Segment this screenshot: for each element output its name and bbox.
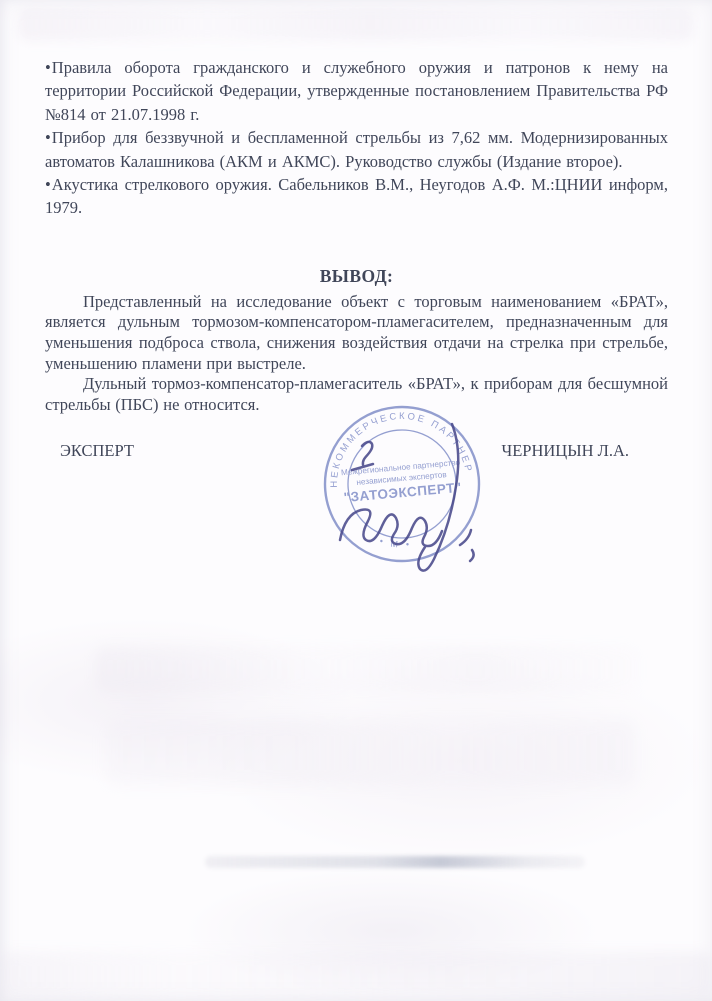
bleedthrough-smudge-bottom: [0, 952, 712, 1001]
stamp: НЕКОММЕРЧЕСКОЕ ПАРТНЕРСТВО ОГРН 106 1990…: [300, 393, 500, 593]
reference-text: Правила оборота гражданского и служебног…: [45, 58, 668, 124]
reference-item: •Акустика стрелкового оружия. Сабельнико…: [45, 173, 668, 220]
bullet-icon: •: [45, 128, 52, 147]
bleedthrough-smudge-middle-2: [105, 720, 635, 786]
reference-text: Акустика стрелкового оружия. Сабельников…: [45, 175, 668, 217]
conclusion-paragraph-1: Представленный на исследование объект с …: [45, 292, 668, 374]
reference-text: Прибор для беззвучной и беспламенной стр…: [45, 128, 668, 170]
bleedthrough-smudge-top: [18, 7, 694, 41]
reference-item: •Правила оборота гражданского и служебно…: [45, 56, 668, 126]
expert-name: ЧЕРНИЦЫН Л.А.: [501, 441, 629, 461]
scanned-document-page: •Правила оборота гражданского и служебно…: [0, 0, 712, 1001]
reference-item: •Прибор для беззвучной и беспламенной ст…: [45, 126, 668, 173]
expert-label: ЭКСПЕРТ: [60, 441, 134, 461]
bleedthrough-text-line: [205, 856, 585, 868]
bullet-icon: •: [45, 58, 52, 77]
conclusion-heading: ВЫВОД:: [45, 266, 668, 287]
bleedthrough-smudge-middle-1: [95, 646, 640, 692]
bullet-icon: •: [45, 175, 52, 194]
references-list: •Правила оборота гражданского и служебно…: [45, 56, 668, 220]
